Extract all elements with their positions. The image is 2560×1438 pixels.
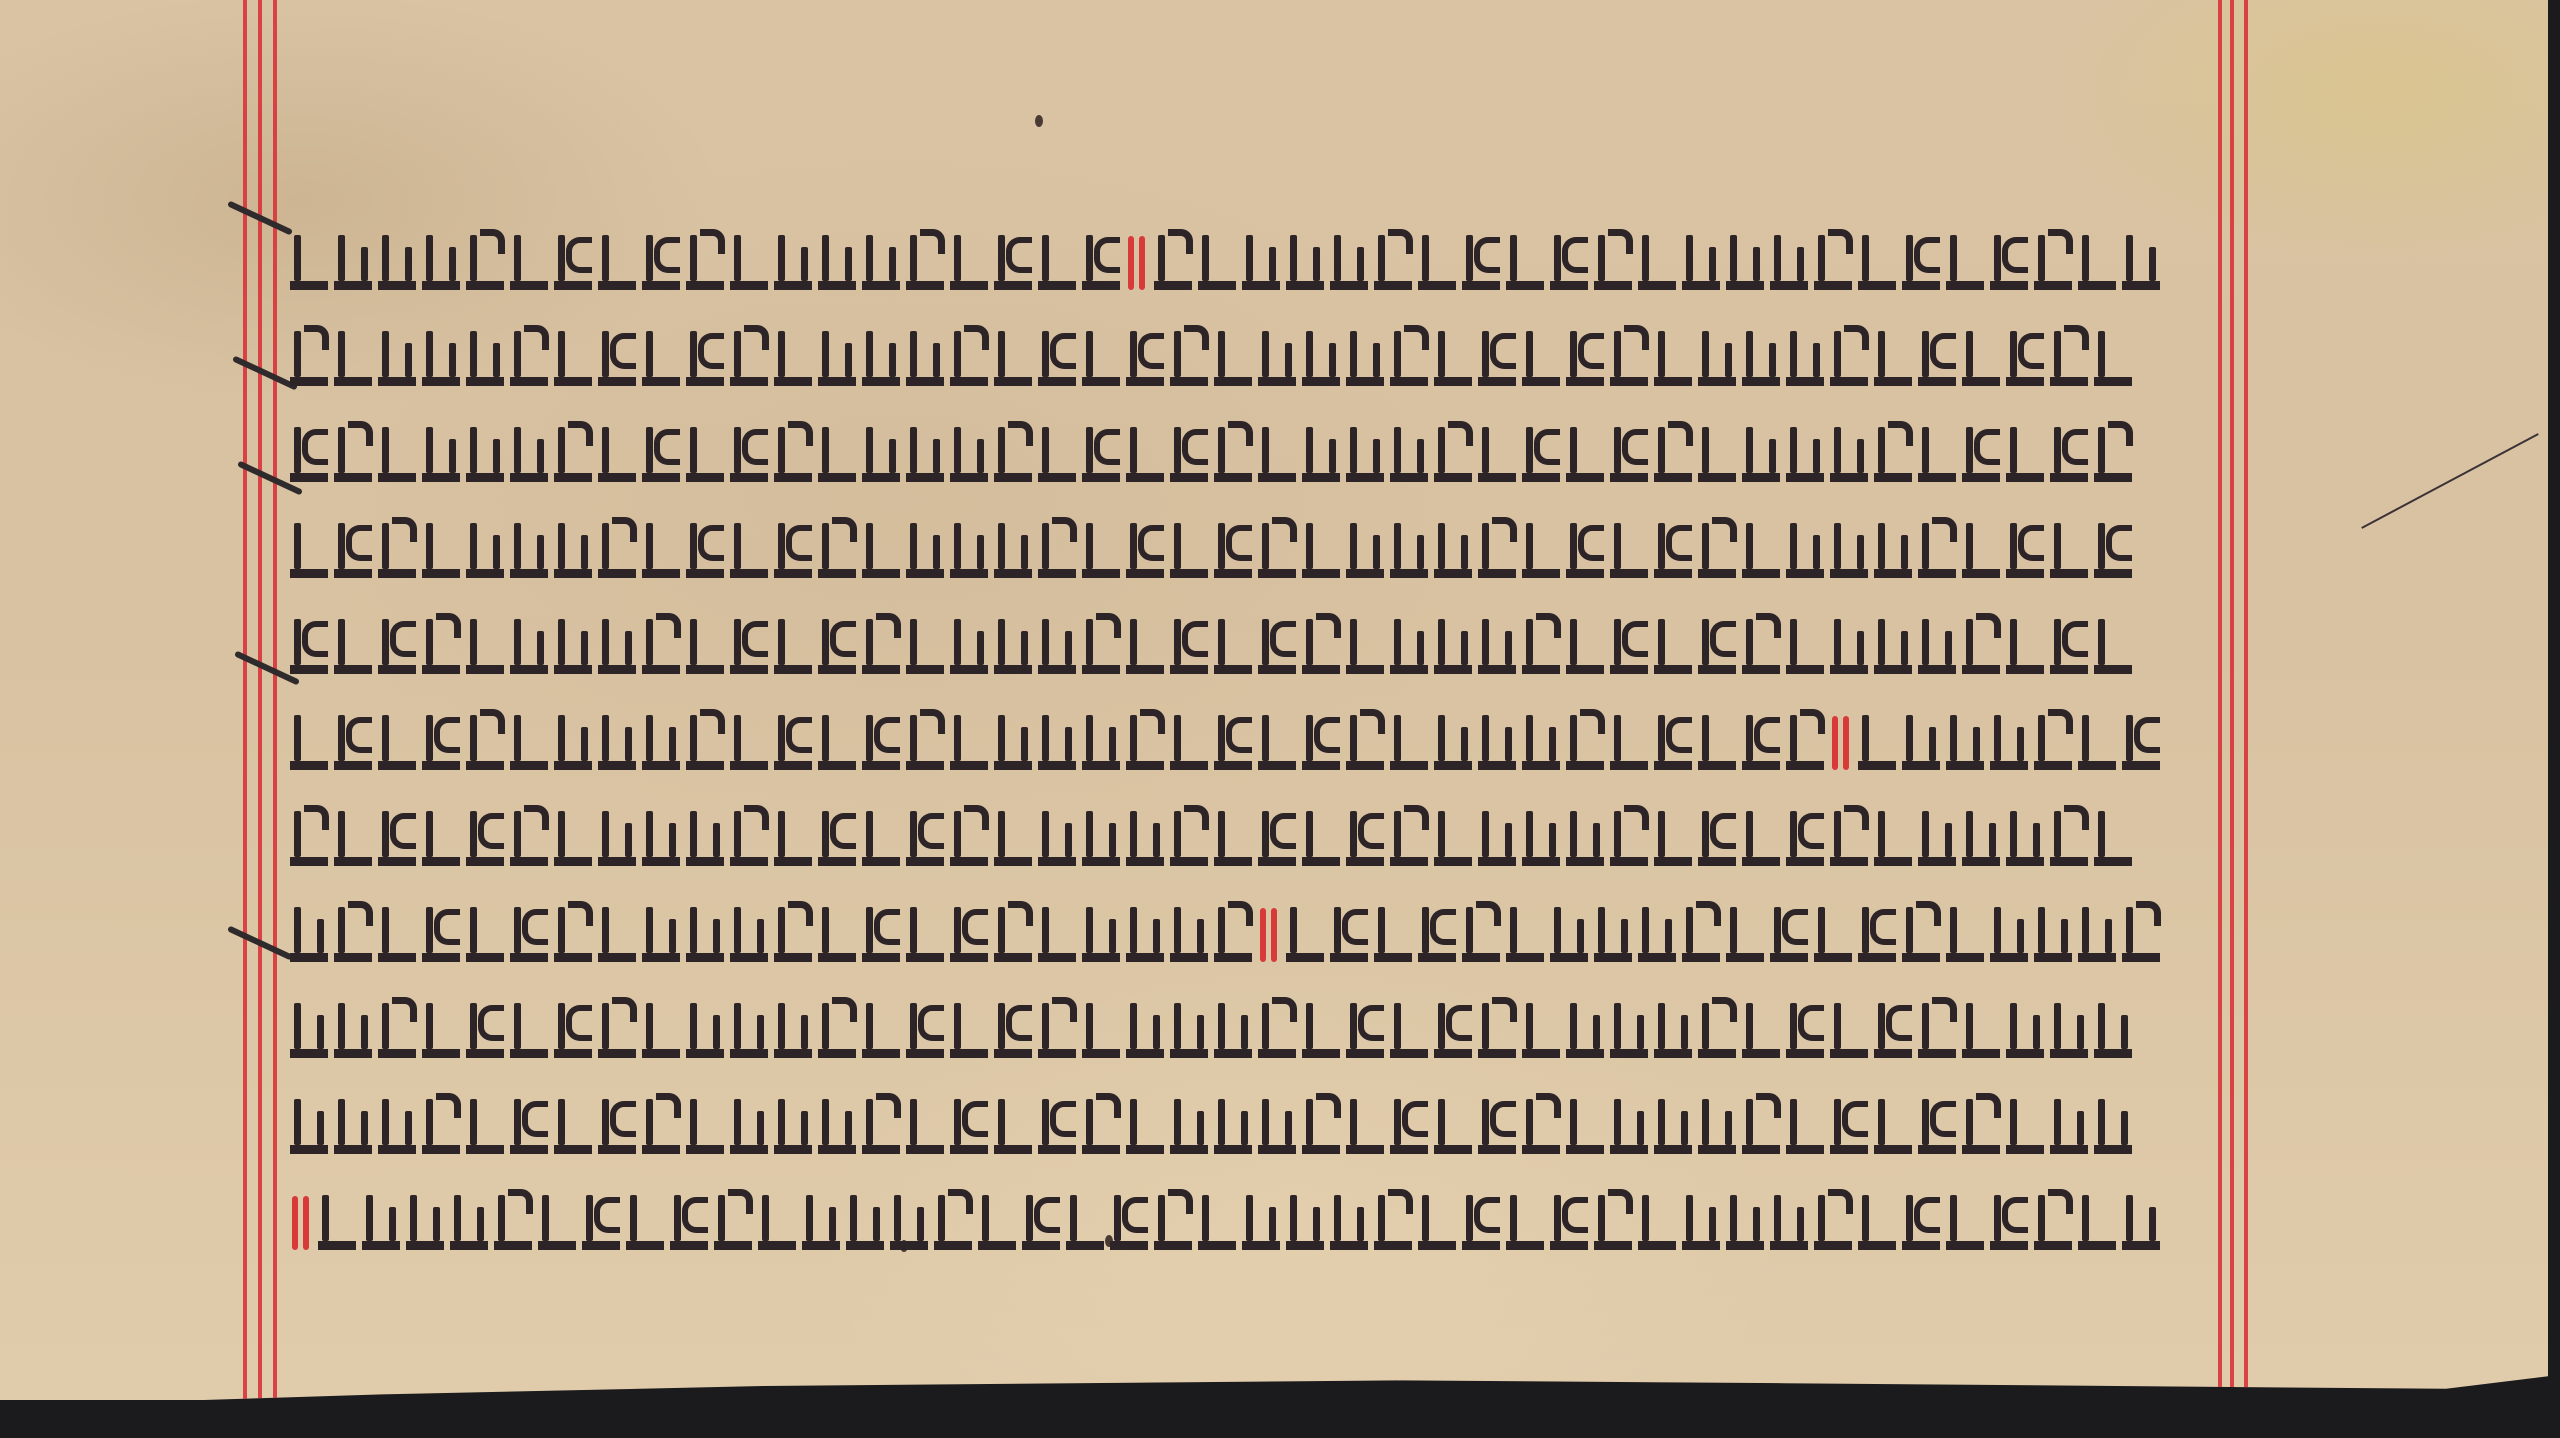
script-glyph bbox=[994, 907, 1032, 962]
script-glyph bbox=[290, 811, 328, 866]
script-glyph bbox=[686, 523, 724, 578]
script-glyph bbox=[1330, 907, 1368, 962]
script-glyph bbox=[466, 235, 504, 290]
script-glyph bbox=[290, 619, 328, 674]
script-glyph bbox=[1170, 331, 1208, 386]
script-glyph bbox=[598, 235, 636, 290]
script-glyph bbox=[1638, 1195, 1676, 1250]
script-glyph bbox=[1918, 1003, 1956, 1058]
script-glyph bbox=[1874, 1099, 1912, 1154]
script-glyph bbox=[1946, 907, 1984, 962]
script-glyph bbox=[1478, 619, 1516, 674]
script-glyph bbox=[466, 331, 504, 386]
script-glyph bbox=[1082, 907, 1120, 962]
script-glyph bbox=[1126, 619, 1164, 674]
script-glyph bbox=[1330, 235, 1368, 290]
script-glyph bbox=[422, 523, 460, 578]
script-glyph bbox=[2034, 1195, 2072, 1250]
script-glyph bbox=[730, 1099, 768, 1154]
script-glyph bbox=[1126, 427, 1164, 482]
script-glyph bbox=[1302, 523, 1340, 578]
script-glyph bbox=[334, 427, 372, 482]
script-glyph bbox=[598, 715, 636, 770]
script-glyph bbox=[334, 811, 372, 866]
script-glyph bbox=[510, 1099, 548, 1154]
script-glyph bbox=[1478, 331, 1516, 386]
script-glyph bbox=[818, 235, 856, 290]
script-glyph bbox=[1170, 1099, 1208, 1154]
script-glyph bbox=[1742, 331, 1780, 386]
script-glyph bbox=[686, 235, 724, 290]
script-glyph bbox=[1946, 1195, 1984, 1250]
script-glyph bbox=[1390, 331, 1428, 386]
script-glyph bbox=[994, 811, 1032, 866]
script-glyph bbox=[1346, 427, 1384, 482]
script-glyph bbox=[466, 523, 504, 578]
script-glyph bbox=[2094, 1099, 2132, 1154]
script-glyph bbox=[2094, 619, 2132, 674]
script-glyph bbox=[862, 811, 900, 866]
script-glyph bbox=[378, 619, 416, 674]
script-glyph bbox=[774, 427, 812, 482]
script-glyph bbox=[2034, 907, 2072, 962]
script-glyph bbox=[1198, 1195, 1236, 1250]
script-glyph bbox=[670, 1195, 708, 1250]
script-glyph bbox=[774, 331, 812, 386]
script-glyph bbox=[510, 1003, 548, 1058]
script-glyph bbox=[422, 811, 460, 866]
manuscript-line bbox=[290, 1064, 2225, 1154]
script-glyph bbox=[1258, 1003, 1296, 1058]
script-glyph bbox=[978, 1195, 1016, 1250]
script-glyph bbox=[1698, 1099, 1736, 1154]
script-glyph bbox=[1390, 811, 1428, 866]
script-glyph bbox=[950, 331, 988, 386]
script-glyph bbox=[802, 1195, 840, 1250]
script-glyph bbox=[1594, 235, 1632, 290]
script-glyph bbox=[1242, 235, 1280, 290]
script-glyph bbox=[554, 523, 592, 578]
script-glyph bbox=[1038, 715, 1076, 770]
script-glyph bbox=[2122, 235, 2160, 290]
script-glyph bbox=[1038, 811, 1076, 866]
script-glyph bbox=[1418, 235, 1456, 290]
script-glyph bbox=[334, 235, 372, 290]
script-glyph bbox=[1258, 715, 1296, 770]
script-glyph bbox=[1214, 907, 1252, 962]
script-glyph bbox=[290, 235, 328, 290]
script-glyph bbox=[626, 1195, 664, 1250]
script-glyph bbox=[1462, 907, 1500, 962]
script-glyph bbox=[642, 331, 680, 386]
script-glyph bbox=[2050, 427, 2088, 482]
script-glyph bbox=[1902, 1195, 1940, 1250]
script-glyph bbox=[994, 1003, 1032, 1058]
manuscript-line bbox=[290, 392, 2225, 482]
script-glyph bbox=[774, 523, 812, 578]
script-glyph bbox=[1170, 715, 1208, 770]
script-glyph bbox=[1610, 1003, 1648, 1058]
script-glyph bbox=[2050, 811, 2088, 866]
manuscript-leaf bbox=[0, 0, 2548, 1400]
script-glyph bbox=[862, 907, 900, 962]
script-glyph bbox=[1786, 427, 1824, 482]
script-glyph bbox=[538, 1195, 576, 1250]
script-glyph bbox=[2094, 427, 2132, 482]
script-glyph bbox=[1082, 715, 1120, 770]
script-glyph bbox=[994, 331, 1032, 386]
script-glyph bbox=[1082, 1003, 1120, 1058]
script-glyph bbox=[1506, 1195, 1544, 1250]
script-glyph bbox=[1330, 1195, 1368, 1250]
script-glyph bbox=[1726, 1195, 1764, 1250]
script-glyph bbox=[1654, 1099, 1692, 1154]
script-glyph bbox=[1214, 523, 1252, 578]
script-glyph bbox=[1742, 523, 1780, 578]
script-glyph bbox=[1698, 523, 1736, 578]
script-glyph bbox=[598, 1003, 636, 1058]
script-glyph bbox=[1918, 427, 1956, 482]
script-glyph bbox=[1962, 1099, 2000, 1154]
script-glyph bbox=[906, 907, 944, 962]
script-glyph bbox=[2094, 811, 2132, 866]
script-glyph bbox=[1126, 523, 1164, 578]
script-glyph bbox=[1434, 715, 1472, 770]
script-glyph bbox=[1610, 619, 1648, 674]
script-glyph bbox=[950, 427, 988, 482]
script-glyph bbox=[686, 1099, 724, 1154]
script-glyph bbox=[1038, 427, 1076, 482]
script-glyph bbox=[1698, 1003, 1736, 1058]
script-glyph bbox=[510, 523, 548, 578]
script-glyph bbox=[1946, 235, 1984, 290]
script-glyph bbox=[1858, 715, 1896, 770]
script-glyph bbox=[1786, 811, 1824, 866]
script-glyph bbox=[422, 235, 460, 290]
script-glyph bbox=[774, 907, 812, 962]
manuscript-line bbox=[290, 680, 2225, 770]
script-glyph bbox=[466, 1003, 504, 1058]
script-glyph bbox=[422, 619, 460, 674]
script-glyph bbox=[906, 811, 944, 866]
script-glyph bbox=[1214, 1003, 1252, 1058]
script-glyph bbox=[642, 907, 680, 962]
script-glyph bbox=[1154, 235, 1192, 290]
script-glyph bbox=[1038, 1003, 1076, 1058]
script-glyph bbox=[1258, 523, 1296, 578]
script-glyph bbox=[378, 811, 416, 866]
script-glyph bbox=[406, 1195, 444, 1250]
script-glyph bbox=[1962, 619, 2000, 674]
script-glyph bbox=[510, 811, 548, 866]
script-glyph bbox=[510, 331, 548, 386]
script-glyph bbox=[1830, 1003, 1868, 1058]
script-glyph bbox=[1858, 907, 1896, 962]
script-glyph bbox=[1066, 1195, 1104, 1250]
script-glyph bbox=[1566, 811, 1604, 866]
script-glyph bbox=[1830, 523, 1868, 578]
script-glyph bbox=[466, 1099, 504, 1154]
script-glyph bbox=[2094, 331, 2132, 386]
script-glyph bbox=[642, 235, 680, 290]
script-glyph bbox=[1346, 1003, 1384, 1058]
script-glyph bbox=[1478, 427, 1516, 482]
script-glyph bbox=[2122, 1195, 2160, 1250]
script-glyph bbox=[378, 1099, 416, 1154]
script-glyph bbox=[1258, 1099, 1296, 1154]
script-glyph bbox=[2122, 907, 2160, 962]
ink-spot bbox=[1035, 115, 1043, 127]
script-glyph bbox=[1682, 235, 1720, 290]
script-glyph bbox=[1478, 523, 1516, 578]
script-glyph bbox=[510, 907, 548, 962]
script-glyph bbox=[422, 331, 460, 386]
script-glyph bbox=[510, 619, 548, 674]
script-glyph bbox=[1522, 427, 1560, 482]
manuscript-line bbox=[290, 296, 2225, 386]
script-glyph bbox=[1902, 715, 1940, 770]
script-glyph bbox=[1038, 235, 1076, 290]
script-glyph bbox=[950, 619, 988, 674]
script-glyph bbox=[598, 619, 636, 674]
script-glyph bbox=[598, 907, 636, 962]
script-glyph bbox=[1038, 523, 1076, 578]
script-glyph bbox=[598, 811, 636, 866]
script-glyph bbox=[1390, 427, 1428, 482]
script-glyph bbox=[1638, 235, 1676, 290]
script-glyph bbox=[1286, 907, 1324, 962]
script-glyph bbox=[1038, 1099, 1076, 1154]
script-glyph bbox=[290, 331, 328, 386]
script-glyph bbox=[1654, 331, 1692, 386]
script-glyph bbox=[1302, 619, 1340, 674]
script-glyph bbox=[290, 523, 328, 578]
script-glyph bbox=[1990, 1195, 2028, 1250]
script-glyph bbox=[730, 811, 768, 866]
double-danda-mark bbox=[1830, 714, 1852, 770]
script-glyph bbox=[774, 715, 812, 770]
script-glyph bbox=[1302, 1099, 1340, 1154]
script-glyph bbox=[2078, 907, 2116, 962]
script-glyph bbox=[1522, 1099, 1560, 1154]
script-glyph bbox=[906, 523, 944, 578]
script-glyph bbox=[1874, 811, 1912, 866]
script-glyph bbox=[846, 1195, 884, 1250]
script-glyph bbox=[1742, 1099, 1780, 1154]
script-glyph bbox=[1286, 235, 1324, 290]
script-glyph bbox=[1154, 1195, 1192, 1250]
script-glyph bbox=[1990, 715, 2028, 770]
script-glyph bbox=[1434, 619, 1472, 674]
script-glyph bbox=[730, 427, 768, 482]
script-glyph bbox=[818, 715, 856, 770]
script-glyph bbox=[642, 1099, 680, 1154]
script-glyph bbox=[2006, 1003, 2044, 1058]
script-glyph bbox=[422, 907, 460, 962]
script-glyph bbox=[1214, 811, 1252, 866]
script-glyph bbox=[686, 331, 724, 386]
script-glyph bbox=[598, 523, 636, 578]
script-glyph bbox=[862, 715, 900, 770]
script-glyph bbox=[1742, 715, 1780, 770]
script-glyph bbox=[1742, 1003, 1780, 1058]
script-glyph bbox=[554, 1099, 592, 1154]
script-glyph bbox=[510, 715, 548, 770]
script-glyph bbox=[1566, 715, 1604, 770]
script-glyph bbox=[774, 1003, 812, 1058]
script-glyph bbox=[1302, 1003, 1340, 1058]
script-glyph bbox=[1682, 1195, 1720, 1250]
script-glyph bbox=[1390, 1099, 1428, 1154]
script-glyph bbox=[2050, 523, 2088, 578]
manuscript-line bbox=[290, 872, 2225, 962]
script-glyph bbox=[730, 619, 768, 674]
manuscript-line bbox=[290, 968, 2225, 1058]
script-glyph bbox=[1770, 1195, 1808, 1250]
script-glyph bbox=[1902, 235, 1940, 290]
script-glyph bbox=[1874, 523, 1912, 578]
script-glyph bbox=[686, 619, 724, 674]
script-glyph bbox=[2050, 1003, 2088, 1058]
script-glyph bbox=[1830, 331, 1868, 386]
script-glyph bbox=[378, 427, 416, 482]
script-glyph bbox=[1038, 619, 1076, 674]
script-glyph bbox=[334, 907, 372, 962]
script-glyph bbox=[642, 619, 680, 674]
script-glyph bbox=[554, 715, 592, 770]
script-glyph bbox=[1214, 331, 1252, 386]
script-glyph bbox=[334, 1099, 372, 1154]
script-glyph bbox=[1786, 619, 1824, 674]
script-glyph bbox=[1814, 907, 1852, 962]
script-glyph bbox=[642, 1003, 680, 1058]
script-glyph bbox=[730, 331, 768, 386]
script-glyph bbox=[1170, 523, 1208, 578]
script-glyph bbox=[1522, 619, 1560, 674]
manuscript-line bbox=[290, 776, 2225, 866]
script-glyph bbox=[1654, 811, 1692, 866]
script-glyph bbox=[1434, 1099, 1472, 1154]
script-glyph bbox=[1830, 811, 1868, 866]
script-glyph bbox=[1610, 427, 1648, 482]
script-glyph bbox=[1258, 811, 1296, 866]
script-glyph bbox=[730, 907, 768, 962]
script-glyph bbox=[1346, 331, 1384, 386]
script-glyph bbox=[862, 235, 900, 290]
script-glyph bbox=[334, 1003, 372, 1058]
script-glyph bbox=[378, 1003, 416, 1058]
script-glyph bbox=[1654, 715, 1692, 770]
script-glyph bbox=[554, 907, 592, 962]
script-glyph bbox=[1962, 427, 2000, 482]
script-glyph bbox=[1434, 523, 1472, 578]
script-glyph bbox=[1242, 1195, 1280, 1250]
script-glyph bbox=[1770, 235, 1808, 290]
script-glyph bbox=[730, 1003, 768, 1058]
script-glyph bbox=[334, 523, 372, 578]
script-glyph bbox=[1346, 523, 1384, 578]
script-glyph bbox=[2078, 715, 2116, 770]
script-glyph bbox=[290, 427, 328, 482]
script-glyph bbox=[1594, 907, 1632, 962]
script-glyph bbox=[1962, 523, 2000, 578]
script-glyph bbox=[1082, 235, 1120, 290]
script-glyph bbox=[422, 715, 460, 770]
script-glyph bbox=[1462, 1195, 1500, 1250]
script-glyph bbox=[1786, 1003, 1824, 1058]
script-glyph bbox=[686, 907, 724, 962]
script-glyph bbox=[950, 715, 988, 770]
double-danda-mark bbox=[1126, 234, 1148, 290]
script-glyph bbox=[1786, 523, 1824, 578]
script-glyph bbox=[1170, 907, 1208, 962]
script-glyph bbox=[1550, 1195, 1588, 1250]
script-glyph bbox=[1918, 619, 1956, 674]
script-glyph bbox=[1390, 619, 1428, 674]
script-glyph bbox=[774, 619, 812, 674]
script-glyph bbox=[862, 1099, 900, 1154]
script-glyph bbox=[1170, 1003, 1208, 1058]
script-glyph bbox=[1742, 427, 1780, 482]
script-glyph bbox=[950, 1003, 988, 1058]
script-glyph bbox=[1698, 331, 1736, 386]
script-glyph bbox=[1302, 427, 1340, 482]
script-glyph bbox=[818, 1099, 856, 1154]
script-glyph bbox=[334, 715, 372, 770]
script-glyph bbox=[1126, 331, 1164, 386]
script-glyph bbox=[730, 523, 768, 578]
script-glyph bbox=[906, 715, 944, 770]
script-glyph bbox=[1346, 715, 1384, 770]
double-danda-mark bbox=[1258, 906, 1280, 962]
script-glyph bbox=[994, 523, 1032, 578]
script-glyph bbox=[1566, 1003, 1604, 1058]
script-glyph bbox=[510, 235, 548, 290]
script-glyph bbox=[934, 1195, 972, 1250]
script-glyph bbox=[422, 1099, 460, 1154]
script-glyph bbox=[890, 1195, 928, 1250]
script-glyph bbox=[1962, 331, 2000, 386]
script-glyph bbox=[466, 619, 504, 674]
script-glyph bbox=[2050, 1099, 2088, 1154]
script-glyph bbox=[1902, 907, 1940, 962]
script-glyph bbox=[2050, 331, 2088, 386]
script-glyph bbox=[1522, 523, 1560, 578]
script-glyph bbox=[1478, 811, 1516, 866]
script-glyph bbox=[1550, 907, 1588, 962]
script-glyph bbox=[334, 331, 372, 386]
script-glyph bbox=[1126, 907, 1164, 962]
script-glyph bbox=[378, 907, 416, 962]
script-glyph bbox=[862, 331, 900, 386]
script-glyph bbox=[2034, 235, 2072, 290]
script-glyph bbox=[2006, 331, 2044, 386]
script-glyph bbox=[598, 427, 636, 482]
script-glyph bbox=[1214, 715, 1252, 770]
script-glyph bbox=[1786, 715, 1824, 770]
script-glyph bbox=[1566, 523, 1604, 578]
script-glyph bbox=[686, 811, 724, 866]
script-glyph bbox=[1346, 811, 1384, 866]
script-glyph bbox=[730, 715, 768, 770]
script-glyph bbox=[1918, 1099, 1956, 1154]
script-glyph bbox=[1478, 1099, 1516, 1154]
script-glyph bbox=[1946, 715, 1984, 770]
script-glyph bbox=[1038, 331, 1076, 386]
script-glyph bbox=[1698, 715, 1736, 770]
script-glyph bbox=[1858, 235, 1896, 290]
script-glyph bbox=[494, 1195, 532, 1250]
